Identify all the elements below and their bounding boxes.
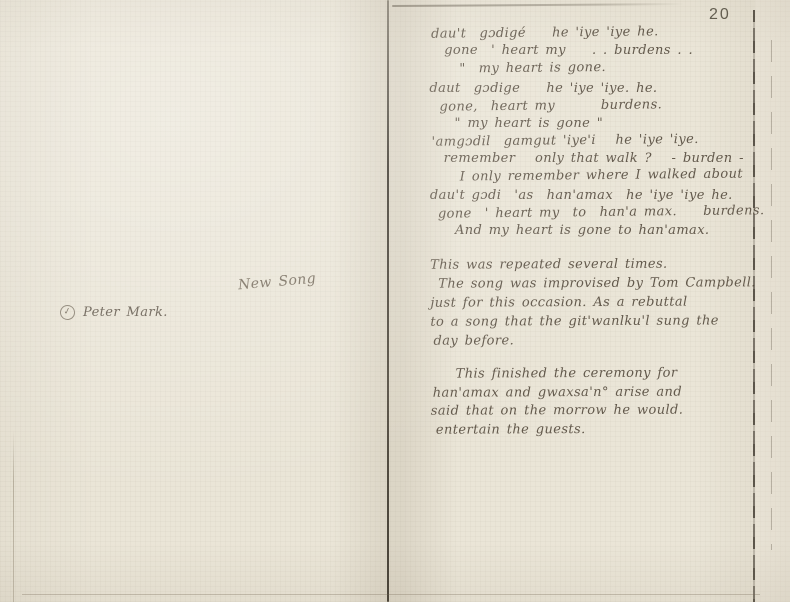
- note-line: just for this occasion. As a rebuttal: [430, 292, 760, 312]
- note-line: day before.: [433, 330, 760, 350]
- check-glyph: ✓: [63, 307, 72, 317]
- note-line: This finished the ceremony for: [456, 364, 761, 384]
- page-edge-top: [392, 3, 684, 7]
- name-entry-text: Peter Mark.: [83, 305, 168, 320]
- song-line: daut gɔdige he 'iye 'iye. he.: [429, 80, 759, 98]
- song-line-translation: " my heart is gone ": [455, 114, 760, 132]
- note-line: said that on the morrow he would.: [431, 401, 761, 421]
- song-line-translation: " my heart is gone.: [459, 57, 759, 78]
- note-line: This was repeated several times.: [430, 254, 760, 274]
- page-number: 20: [709, 6, 731, 24]
- song-line: dau't gɔdigé he 'iye 'iye he.: [431, 22, 759, 43]
- song-line-translation: I only remember where I walked about: [460, 165, 760, 186]
- binding-gutter-line: [387, 0, 389, 602]
- note-paragraph: This was repeated several times. The son…: [430, 254, 760, 350]
- song-line-gloss: gone ' heart my . . burdens . .: [444, 41, 759, 59]
- note-line: han'amax and gwaxsa'n° arise and: [433, 383, 761, 403]
- note-line: entertain the guests.: [436, 420, 761, 440]
- song-transcription: dau't gɔdigé he 'iye 'iye he. gone ' hea…: [429, 23, 760, 239]
- new-song-label: New Song: [237, 271, 316, 294]
- handwritten-text-block: dau't gɔdigé he 'iye 'iye he. gone ' hea…: [429, 23, 761, 439]
- page-edge-bottom: [22, 594, 760, 595]
- left-page-crease: [13, 430, 14, 602]
- circled-check-icon: ✓: [59, 304, 77, 322]
- song-line-translation: And my heart is gone to han'amax.: [455, 221, 760, 239]
- song-line-gloss: remember only that walk ? - burden -: [444, 149, 760, 167]
- page-edge-right-faint: [771, 40, 772, 550]
- song-line-gloss: gone ' heart my to han'a max. burdens.: [438, 202, 760, 223]
- song-line: dau't gɔdi 'as han'amax he 'iye 'iye he.: [430, 187, 760, 205]
- note-paragraph: This finished the ceremony for han'amax …: [431, 364, 761, 439]
- note-line: The song was improvised by Tom Campbell.: [438, 273, 760, 293]
- name-entry: ✓ Peter Mark.: [60, 305, 168, 320]
- note-line: to a song that the git'wanlku'l sung the: [430, 311, 760, 331]
- song-line: 'amgɔdil gamgut 'iye'i he 'iye 'iye.: [432, 130, 760, 151]
- notebook-scan: New Song ✓ Peter Mark. 20 dau't gɔdigé h…: [0, 0, 790, 602]
- song-line-gloss: gone, heart my burdens.: [439, 95, 759, 116]
